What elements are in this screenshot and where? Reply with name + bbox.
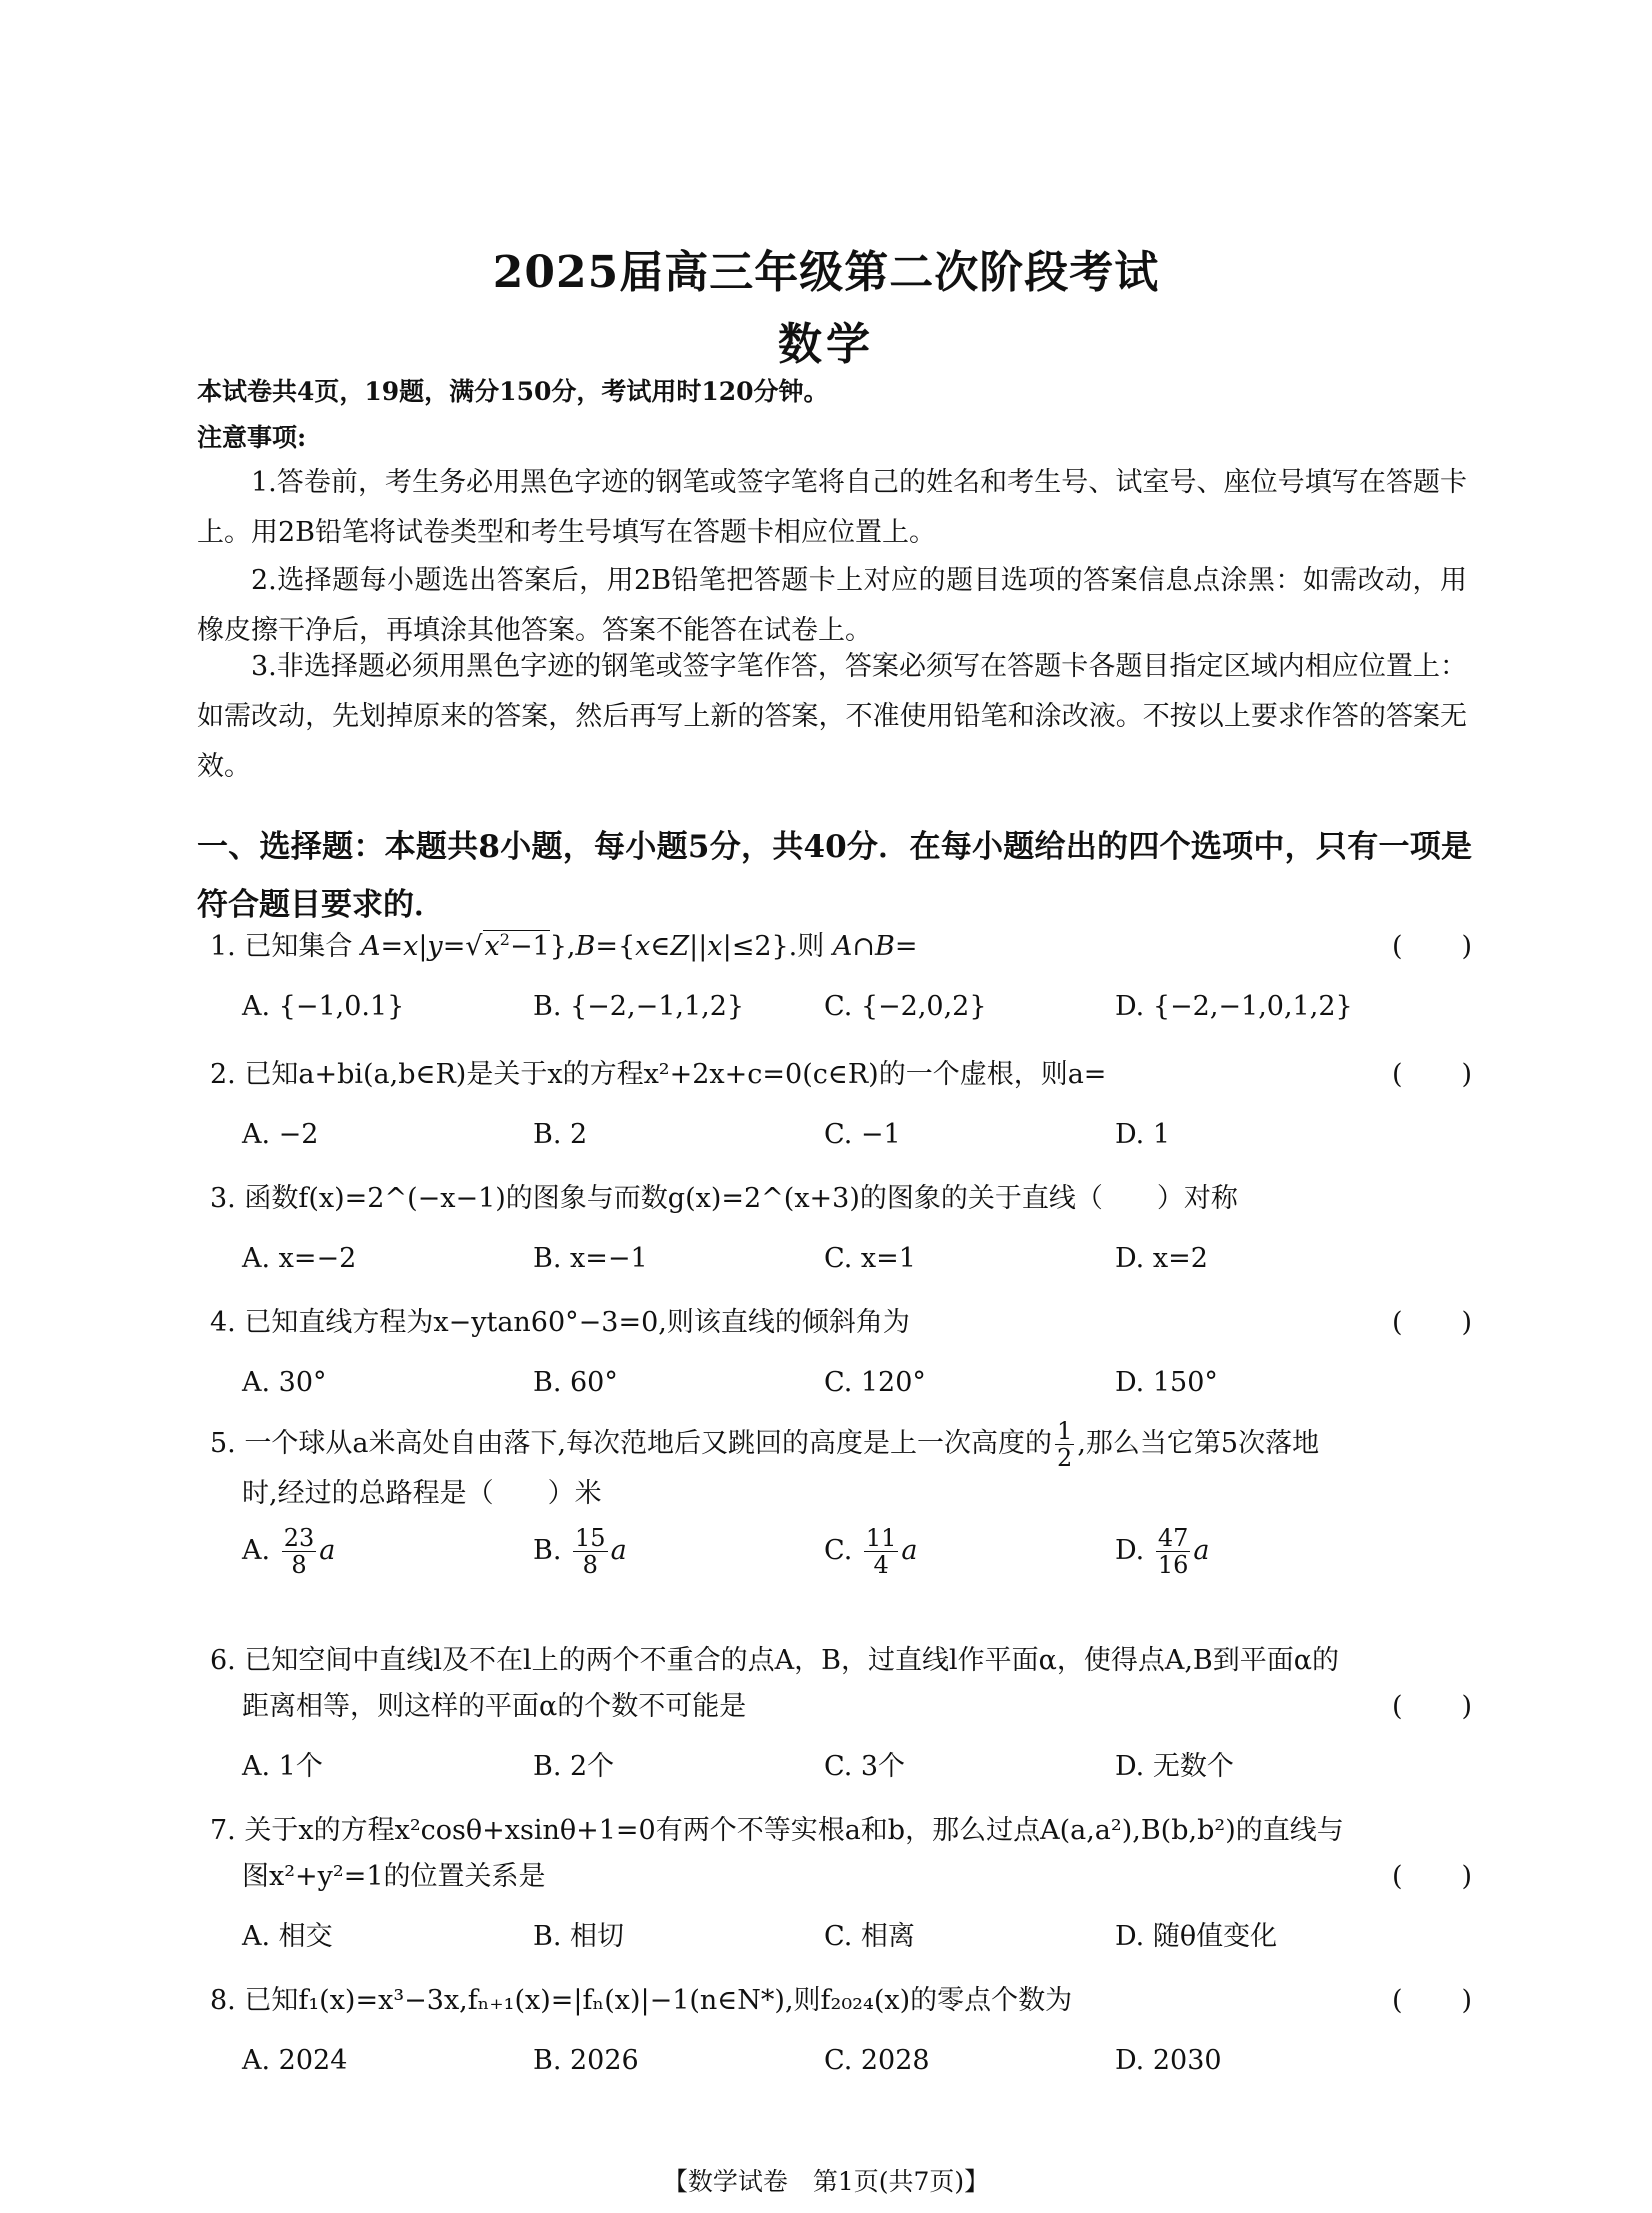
options: A. 相交 B. 相切 C. 相离 D. 随θ值变化 (210, 1914, 1472, 1960)
options: A. 30° B. 60° C. 120° D. 150° (210, 1360, 1472, 1406)
option-a[interactable]: A. 30° (242, 1360, 327, 1406)
fraction-one-half: 12 (1055, 1418, 1074, 1471)
question-text: 一个球从a米高处自由落下,每次范地后又跳回的高度是上一次高度的 (244, 1428, 1052, 1459)
question-2: 2. 已知a+bi(a,b∈R)是关于x的方程x²+2x+c=0(c∈R)的一个… (210, 1052, 1472, 1158)
question-number: 1. (210, 931, 236, 962)
question-stem: 7. 关于x的方程x²cosθ+xsinθ+1=0有两个不等实根a和b，那么过点… (210, 1808, 1472, 1854)
option-c[interactable]: C. 2028 (824, 2038, 930, 2084)
option-a[interactable]: A. 2024 (242, 2038, 347, 2084)
question-5: 5. 一个球从a米高处自由落下,每次范地后又跳回的高度是上一次高度的12,那么当… (210, 1418, 1472, 1591)
option-a[interactable]: A. x=−2 (242, 1236, 356, 1282)
question-6: 6. 已知空间中直线l及不在l上的两个不重合的点A，B，过直线l作平面α，使得点… (210, 1638, 1472, 1790)
option-c[interactable]: C. 114a (824, 1525, 918, 1578)
question-number: 4. (210, 1307, 236, 1338)
question-number: 5. (210, 1428, 236, 1459)
options: A. 2024 B. 2026 C. 2028 D. 2030 (210, 2038, 1472, 2084)
answer-blank[interactable]: () (1392, 1978, 1472, 2024)
option-b[interactable]: B. 相切 (533, 1914, 624, 1960)
option-b[interactable]: B. x=−1 (533, 1236, 648, 1282)
question-text: 已知集合 (244, 931, 352, 962)
option-b[interactable]: B. 2个 (533, 1744, 614, 1790)
option-a[interactable]: A. −2 (242, 1112, 318, 1158)
option-b[interactable]: B. {−2,−1,1,2} (533, 984, 744, 1030)
answer-blank[interactable]: () (1392, 1684, 1472, 1730)
option-b[interactable]: B. 2026 (533, 2038, 639, 2084)
option-d[interactable]: D. 随θ值变化 (1115, 1914, 1277, 1960)
question-text: 已知直线方程为x−ytan60°−3=0,则该直线的倾斜角为 (244, 1307, 909, 1338)
question-text: 关于x的方程x²cosθ+xsinθ+1=0有两个不等实根a和b，那么过点A(a… (244, 1815, 1343, 1846)
question-stem: 6. 已知空间中直线l及不在l上的两个不重合的点A，B，过直线l作平面α，使得点… (210, 1638, 1472, 1684)
option-d[interactable]: D. x=2 (1115, 1236, 1208, 1282)
option-d[interactable]: D. 2030 (1115, 2038, 1222, 2084)
answer-blank[interactable]: () (1392, 924, 1472, 970)
option-c[interactable]: C. 相离 (824, 1914, 915, 1960)
option-d[interactable]: D. 150° (1115, 1360, 1218, 1406)
option-d[interactable]: D. {−2,−1,0,1,2} (1115, 984, 1353, 1030)
question-math: A=x|y=√x2−1},B={x∈Z||x|≤2}.则 A∩B= (361, 930, 918, 962)
answer-blank[interactable]: () (1392, 1854, 1472, 1900)
option-b[interactable]: B. 158a (533, 1525, 627, 1578)
option-c[interactable]: C. 3个 (824, 1744, 905, 1790)
exam-subject: 数学 (0, 308, 1652, 372)
question-stem: 1. 已知集合 A=x|y=√x2−1},B={x∈Z||x|≤2}.则 A∩B… (210, 924, 1472, 970)
notice-item-2: 2.选择题每小题选出答案后，用2B铅笔把答题卡上对应的题目选项的答案信息点涂黑：… (197, 556, 1467, 656)
answer-blank[interactable]: () (1392, 1052, 1472, 1098)
question-number: 3. (210, 1183, 236, 1214)
question-3: 3. 函数f(x)=2^(−x−1)的图象与而数g(x)=2^(x+3)的图象的… (210, 1176, 1472, 1282)
option-b[interactable]: B. 60° (533, 1360, 618, 1406)
notice-item-3: 3.非选择题必须用黑色字迹的钢笔或签字笔作答，答案必须写在答题卡各题目指定区域内… (197, 642, 1467, 792)
question-number: 8. (210, 1985, 236, 2016)
option-c[interactable]: C. {−2,0,2} (824, 984, 987, 1030)
question-text: 已知a+bi(a,b∈R)是关于x的方程x²+2x+c=0(c∈R)的一个虚根，… (244, 1059, 1106, 1090)
question-1: 1. 已知集合 A=x|y=√x2−1},B={x∈Z||x|≤2}.则 A∩B… (210, 924, 1472, 1030)
question-stem-line2: 时,经过的总路程是（ ）米 (210, 1471, 1472, 1517)
notice-heading: 注意事项: (197, 418, 306, 454)
notice-item-1: 1.答卷前，考生务必用黑色字迹的钢笔或签字笔将自己的姓名和考生号、试室号、座位号… (197, 458, 1467, 558)
option-a[interactable]: A. 相交 (242, 1914, 333, 1960)
page-footer: 【数学试卷 第1页(共7页)】 (0, 2162, 1652, 2198)
question-stem: 5. 一个球从a米高处自由落下,每次范地后又跳回的高度是上一次高度的12,那么当… (210, 1418, 1472, 1471)
question-number: 6. (210, 1645, 236, 1676)
question-8: 8. 已知f₁(x)=x³−3x,fₙ₊₁(x)=|fₙ(x)|−1(n∈N*)… (210, 1978, 1472, 2084)
question-text: 已知f₁(x)=x³−3x,fₙ₊₁(x)=|fₙ(x)|−1(n∈N*),则f… (244, 1985, 1072, 2016)
question-number: 2. (210, 1059, 236, 1090)
option-c[interactable]: C. 120° (824, 1360, 926, 1406)
question-stem: 4. 已知直线方程为x−ytan60°−3=0,则该直线的倾斜角为 () (210, 1300, 1472, 1346)
option-c[interactable]: C. x=1 (824, 1236, 916, 1282)
option-a[interactable]: A. 238a (242, 1525, 335, 1578)
question-stem-line2: 距离相等，则这样的平面α的个数不可能是 () (210, 1684, 1472, 1730)
exam-page: 2025届高三年级第二次阶段考试 数学 本试卷共4页，19题，满分150分，考试… (0, 0, 1652, 2213)
question-stem: 2. 已知a+bi(a,b∈R)是关于x的方程x²+2x+c=0(c∈R)的一个… (210, 1052, 1472, 1098)
question-stem-line2: 图x²+y²=1的位置关系是 () (210, 1854, 1472, 1900)
options: A. {−1,0.1} B. {−2,−1,1,2} C. {−2,0,2} D… (210, 984, 1472, 1030)
section-heading: 一、选择题：本题共8小题，每小题5分，共40分．在每小题给出的四个选项中，只有一… (197, 818, 1472, 934)
question-7: 7. 关于x的方程x²cosθ+xsinθ+1=0有两个不等实根a和b，那么过点… (210, 1808, 1472, 1960)
options: A. 1个 B. 2个 C. 3个 D. 无数个 (210, 1744, 1472, 1790)
question-text-cont: ,那么当它第5次落地 (1077, 1428, 1319, 1459)
question-4: 4. 已知直线方程为x−ytan60°−3=0,则该直线的倾斜角为 () A. … (210, 1300, 1472, 1406)
answer-blank[interactable]: () (1392, 1300, 1472, 1346)
question-number: 7. (210, 1815, 236, 1846)
option-d[interactable]: D. 无数个 (1115, 1744, 1234, 1790)
option-a[interactable]: A. 1个 (242, 1744, 323, 1790)
exam-info: 本试卷共4页，19题，满分150分，考试用时120分钟。 (197, 372, 829, 408)
question-text: 函数f(x)=2^(−x−1)的图象与而数g(x)=2^(x+3)的图象的关于直… (244, 1183, 1238, 1214)
exam-title: 2025届高三年级第二次阶段考试 (0, 236, 1652, 300)
option-d[interactable]: D. 1 (1115, 1112, 1170, 1158)
question-text: 已知空间中直线l及不在l上的两个不重合的点A，B，过直线l作平面α，使得点A,B… (244, 1645, 1339, 1676)
option-d[interactable]: D. 4716a (1115, 1525, 1210, 1578)
options: A. −2 B. 2 C. −1 D. 1 (210, 1112, 1472, 1158)
question-stem: 8. 已知f₁(x)=x³−3x,fₙ₊₁(x)=|fₙ(x)|−1(n∈N*)… (210, 1978, 1472, 2024)
option-b[interactable]: B. 2 (533, 1112, 587, 1158)
option-c[interactable]: C. −1 (824, 1112, 901, 1158)
option-a[interactable]: A. {−1,0.1} (242, 984, 404, 1030)
options: A. x=−2 B. x=−1 C. x=1 D. x=2 (210, 1236, 1472, 1282)
options: A. 238a B. 158a C. 114a D. 4716a (210, 1521, 1472, 1591)
question-stem: 3. 函数f(x)=2^(−x−1)的图象与而数g(x)=2^(x+3)的图象的… (210, 1176, 1472, 1222)
